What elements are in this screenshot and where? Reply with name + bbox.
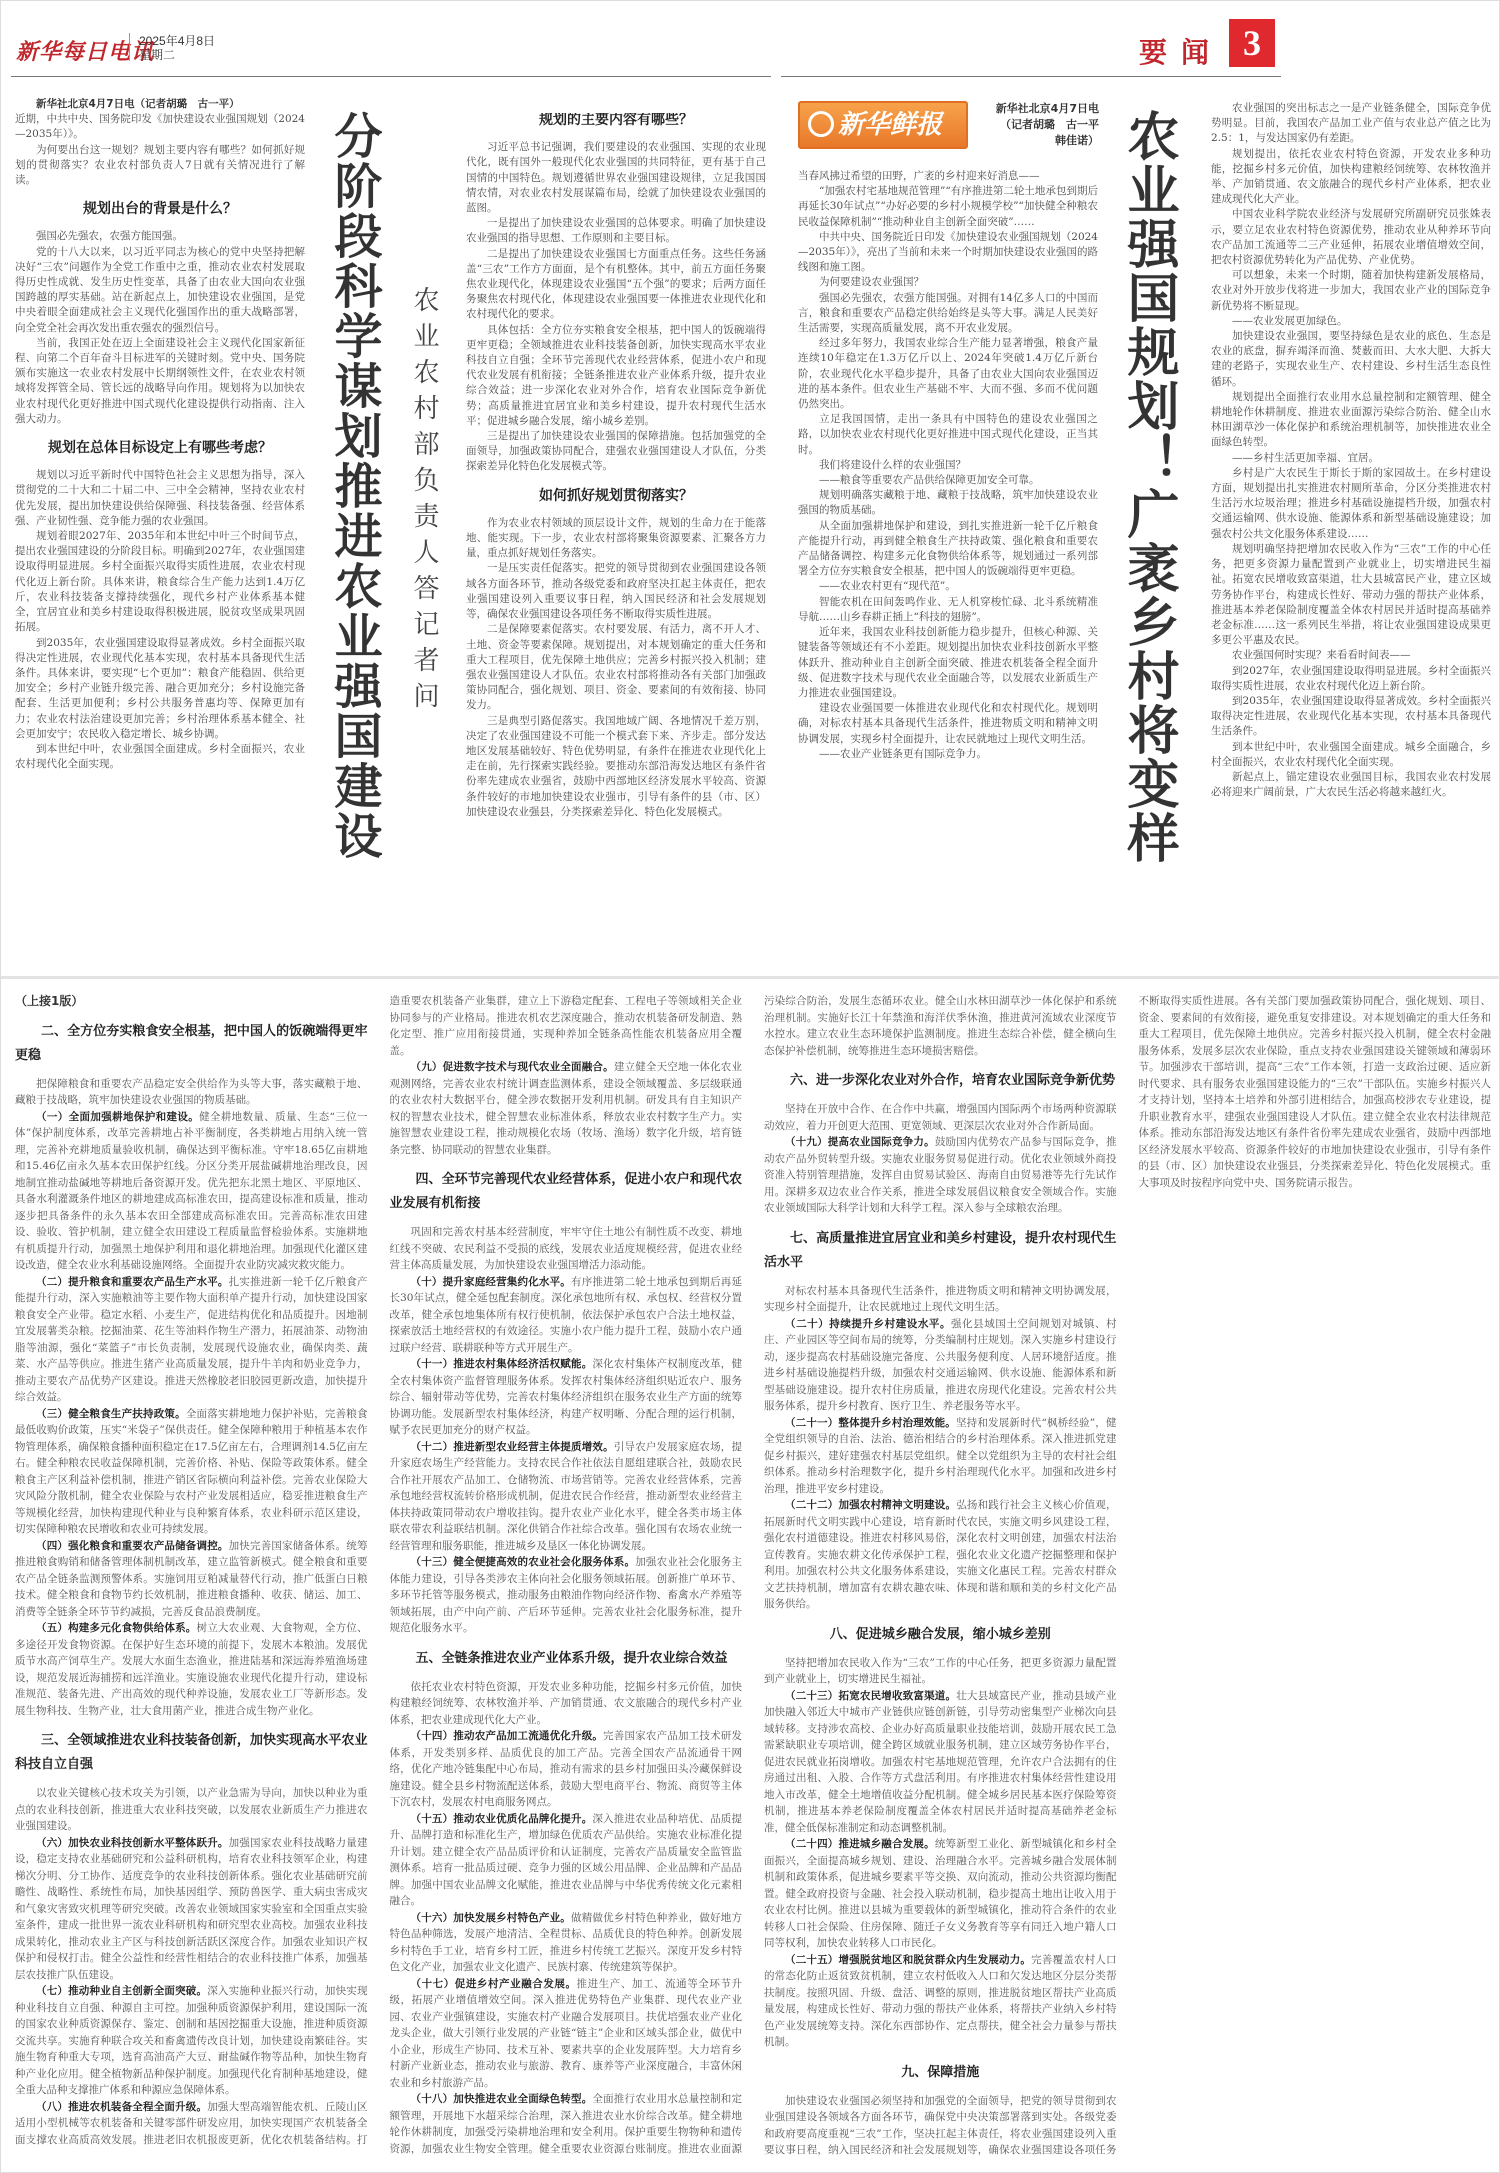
paragraph: 立足我国国情，走出一条具有中国特色的建设农业强国之路，以加快农业农村现代化更好推… bbox=[798, 412, 1098, 458]
plan-body: 二、全方位夯实粮食安全根基，把中国人的饭碗端得更牢更稳把保障粮食和重要农产品稳定… bbox=[15, 993, 1491, 2163]
paragraph: “加强农村宅基地规范管理”“有序推进第二轮土地承包到期后再延长30年试点”“办好… bbox=[798, 184, 1098, 230]
paragraph: 三是提出了加快建设农业强国的保障措施。包括加强党的全面领导，加强政策协同配合，建… bbox=[466, 429, 766, 475]
paragraph: ——农业发展更加绿色。 bbox=[1211, 314, 1491, 329]
plan-item-title: （十四）推动农产品加工流通优化升级。 bbox=[411, 1730, 604, 1742]
newspaper-logo: 新华每日电讯 bbox=[16, 35, 154, 66]
plan-item-title: （十）提升家庭经营集约化水平。 bbox=[411, 1276, 572, 1288]
paragraph: ——农业农村更有“现代范”。 bbox=[798, 579, 1098, 594]
plan-item: （十一）推进农村集体经济活权赋能。深化农村集体产权制度改革，健全农村集体资产监督… bbox=[390, 1356, 743, 1439]
masthead-separator bbox=[129, 33, 130, 61]
plan-item: （十六）加快发展乡村特色产业。做精做优乡村特色种养业，做好地方特色品种筛选，发展… bbox=[390, 1910, 743, 1976]
plan-item: （十四）推动农产品加工流通优化升级。完善国家农产品加工技术研发体系，开发类别多样… bbox=[390, 1728, 743, 1811]
paragraph: 一是压实责任促落实。把党的领导贯彻到农业强国建设各领域各方面各环节，推动各级党委… bbox=[466, 561, 766, 622]
plan-item: （二）提升粮食和重要农产品生产水平。扎实推进新一轮千亿斤粮食产能提升行动，深入实… bbox=[15, 1274, 368, 1406]
plan-section-heading: 七、高质量推进宜居宜业和美乡村建设，提升农村现代生活水平 bbox=[764, 1227, 1117, 1275]
paragraph: 农业强国的突出标志之一是产业链条健全，国际竞争优势明显。目前，我国农产品加工业产… bbox=[1211, 101, 1491, 147]
paragraph: 建设农业强国要一体推进农业现代化和农村现代化。规划明确，对标农村基本具备现代生活… bbox=[798, 701, 1098, 747]
paragraph: 规划以习近平新时代中国特色社会主义思想为指导，深入贯彻党的二十大和二十届二中、三… bbox=[15, 468, 305, 529]
paragraph: 强国必先强农，农强方能国强。 bbox=[15, 229, 305, 244]
paragraph: 为何要建设农业强国？ bbox=[798, 275, 1098, 290]
plan-item-title: （二十一）整体提升乡村治理效能。 bbox=[785, 1417, 956, 1429]
xinhua-fresh-badge: 新华鲜报 bbox=[798, 101, 968, 149]
interview-headline: 分阶段科学谋划推进农业强国建设 bbox=[326, 111, 382, 861]
paragraph: 近年来，我国农业科技创新能力稳步提升，但核心种源、关键装备等领域还有不小差距。规… bbox=[798, 625, 1098, 701]
section-heading: 规划在总体目标设定上有哪些考虑？ bbox=[15, 441, 305, 456]
plan-item: （六）加快农业科技创新水平整体跃升。加强国家农业科技战略力量建设，稳定支持农业基… bbox=[15, 1835, 368, 1984]
plan-item: （十九）提高农业国际竞争力。鼓励国内优势农产品参与国际竞争，推动农产品外贸转型升… bbox=[764, 1134, 1117, 1217]
section-divider bbox=[1, 976, 1500, 979]
plan-item: （二十三）拓宽农民增收致富渠道。壮大县域富民产业，推动县域产业加快融入邻近大中城… bbox=[764, 1688, 1117, 1837]
paragraph: 到本世纪中叶，农业强国全面建成。乡村全面振兴，农业农村现代化全面实现。 bbox=[15, 742, 305, 772]
paragraph: 一是提出了加快建设农业强国的总体要求。明确了加快建设农业强国的指导思想、工作原则… bbox=[466, 216, 766, 246]
fresh-byline: 新华社北京4月7日电（记者胡璐 古一平 韩佳诺） bbox=[979, 101, 1099, 149]
plan-paragraph: 对标农村基本具备现代生活条件，推进物质文明和精神文明协调发展，实现乡村全面提升，… bbox=[764, 1283, 1117, 1316]
paragraph: 当春风拂过希望的田野，广袤的乡村迎来好消息—— bbox=[798, 169, 1098, 184]
plan-item-title: （二）提升粮食和重要农产品生产水平。 bbox=[36, 1276, 229, 1288]
plan-item-title: （八）推进农机装备全程全面升级。 bbox=[36, 2101, 207, 2113]
weekday: 星期二 bbox=[139, 48, 215, 62]
paragraph: 智能农机在田间轰鸣作业、无人机穿梭忙碌、北斗系统精准导航……山乡春耕正插上“科技… bbox=[798, 595, 1098, 625]
plan-item-title: （十八）加快推进农业全面绿色转型。 bbox=[411, 2093, 593, 2105]
paragraph: 经过多年努力，我国农业综合生产能力显著增强，粮食产量连续10年稳定在1.3万亿斤… bbox=[798, 336, 1098, 412]
paragraph: 到2035年，农业强国建设取得显著成效。乡村全面振兴取得决定性进展，农业现代化基… bbox=[15, 636, 305, 742]
plan-item-title: （二十二）加强农村精神文明建设。 bbox=[785, 1499, 956, 1511]
plan-item-title: （十一）推进农村集体经济活权赋能。 bbox=[411, 1358, 593, 1370]
plan-item: （七）推动种业自主创新全面突破。深入实施种业振兴行动，加快实现种业科技自立自强、… bbox=[15, 1983, 368, 2099]
plan-item: （十三）健全便捷高效的农业社会化服务体系。加强农业社会化服务主体能力建设，引导各… bbox=[390, 1554, 743, 1637]
plan-item: （十七）促进乡村产业融合发展。推进生产、加工、流通等全环节升级，拓展产业增值增效… bbox=[390, 1976, 743, 2092]
section-heading: 规划出台的背景是什么？ bbox=[15, 202, 305, 217]
plan-section-heading: 六、进一步深化农业对外合作，培育农业国际竞争新优势 bbox=[764, 1069, 1117, 1093]
paragraph: ——粮食等重要农产品供给保障更加安全可靠。 bbox=[798, 473, 1098, 488]
plan-fulltext: （上接1版） 二、全方位夯实粮食安全根基，把中国人的饭碗端得更牢更稳把保障粮食和… bbox=[15, 993, 1491, 2163]
interview-dateline: 新华社北京4月7日电（记者胡璐 古一平） bbox=[15, 97, 305, 112]
paragraph: ——农业产业链条更有国际竞争力。 bbox=[798, 747, 1098, 762]
paragraph: 规划提出，依托农业农村特色资源，开发农业多种功能，挖掘乡村多元价值，加快构建粮经… bbox=[1211, 147, 1491, 208]
section-heading: 如何抓好规划贯彻落实？ bbox=[466, 489, 766, 504]
paragraph: 具体包括：全方位夯实粮食安全根基，把中国人的饭碗端得更牢更稳；全领域推进农业科技… bbox=[466, 323, 766, 429]
plan-item-title: （二十三）拓宽农民增收致富渠道。 bbox=[785, 1690, 956, 1702]
section-heading: 规划的主要内容有哪些？ bbox=[466, 113, 766, 128]
paragraph: 新起点上，锚定建设农业强国目标，我国农业农村发展必将迎来广阔前景，广大农民生活必… bbox=[1211, 770, 1491, 800]
plan-section-heading: 八、促进城乡融合发展，缩小城乡差别 bbox=[764, 1623, 1117, 1647]
date: 2025年4月8日 bbox=[139, 34, 215, 48]
plan-item-title: （十七）促进乡村产业融合发展。 bbox=[411, 1978, 577, 1990]
plan-item: （四）强化粮食和重要农产品储备调控。加快完善国家储备体系。统筹推进粮食购销和储备… bbox=[15, 1538, 368, 1621]
paragraph: 二是提出了加快建设农业强国七方面重点任务。这些任务涵盖“三农”工作方方面面，是个… bbox=[466, 247, 766, 323]
interview-lead: 近期，中共中央、国务院印发《加快建设农业强国规划（2024—2035年）》。 bbox=[15, 112, 305, 142]
paragraph: 农业强国何时实现？来看看时间表—— bbox=[1211, 648, 1491, 663]
plan-item-title: （七）推动种业自主创新全面突破。 bbox=[36, 1985, 207, 1997]
plan-item: （二十）持续提升乡村建设水平。强化县域国土空间规划对城镇、村庄、产业园区等空间布… bbox=[764, 1316, 1117, 1415]
plan-item: （五）构建多元化食物供给体系。树立大农业观、大食物观，全方位、多途径开发食物资源… bbox=[15, 1620, 368, 1719]
plan-paragraph: 巩固和完善农村基本经营制度，牢牢守住土地公有制性质不改变、耕地红线不突破、农民利… bbox=[390, 1224, 743, 1274]
plan-item: （九）促进数字技术与现代农业全面融合。建立健全天空地一体化农业观测网络，完善农业… bbox=[390, 1059, 743, 1158]
plan-item: （一）全面加强耕地保护和建设。健全耕地数量、质量、生态“三位一体”保护制度体系，… bbox=[15, 1109, 368, 1274]
fresh-headline: 农业强国规划！广袤乡村将变样 bbox=[1119, 109, 1177, 865]
plan-paragraph: 依托农业农村特色资源，开发农业多种功能，挖掘乡村多元价值，加快构建粮经饲统筹、农… bbox=[390, 1679, 743, 1729]
plan-item-title: （十二）推进新型农业经营主体提质增效。 bbox=[411, 1441, 614, 1453]
plan-item-title: （五）构建多元化食物供给体系。 bbox=[36, 1622, 197, 1634]
paragraph: 乡村是广大农民生于斯长于斯的家园故土。在乡村建设方面，规划提出扎实推进农村厕所革… bbox=[1211, 466, 1491, 542]
plan-item: （二十一）整体提升乡村治理效能。坚持和发展新时代“枫桥经验”，健全党组织领导的自… bbox=[764, 1415, 1117, 1498]
plan-item-title: （六）加快农业科技创新水平整体跃升。 bbox=[36, 1837, 229, 1849]
plan-paragraph: 坚持把增加农民收入作为“三农”工作的中心任务，把更多资源力量配置到产业就业上，切… bbox=[764, 1655, 1117, 1688]
plan-section-heading: 四、全环节完善现代农业经营体系，促进小农户和现代农业发展有机衔接 bbox=[390, 1168, 743, 1216]
paragraph: 中共中央、国务院近日印发《加快建设农业强国规划（2024—2035年）》，亮出了… bbox=[798, 230, 1098, 276]
paragraph: 到本世纪中叶，农业强国全面建成。城乡全面融合，乡村全面振兴，农业农村现代化全面实… bbox=[1211, 740, 1491, 770]
paragraph: 中国农业科学院农业经济与发展研究所副研究员张姝表示，要立足农业农村特色资源优势，… bbox=[1211, 207, 1491, 268]
plan-item-title: （二十五）增强脱贫地区和脱贫群众内生发展动力。 bbox=[785, 1954, 1031, 1966]
interview-column-2: 规划的主要内容有哪些？ 习近平总书记强调，我们要建设的农业强国、实现的农业现代化… bbox=[466, 113, 766, 968]
paragraph: 当前，我国正处在迈上全面建设社会主义现代化国家新征程、向第二个百年奋斗目标进军的… bbox=[15, 336, 305, 427]
plan-item-title: （十五）推动农业优质化品牌化提升。 bbox=[411, 1813, 593, 1825]
paragraph: 到2035年，农业强国建设取得显著成效。乡村全面振兴取得决定性进展，农业现代化基… bbox=[1211, 694, 1491, 740]
plan-paragraph: 以农业关键核心技术攻关为引领，以产业急需为导向，加快以种业为重点的农业科技创新，… bbox=[15, 1785, 368, 1835]
plan-section-heading: 二、全方位夯实粮食安全根基，把中国人的饭碗端得更牢更稳 bbox=[15, 1020, 368, 1068]
paragraph: 作为农业农村领域的顶层设计文件，规划的生命力在于能落地、能实现。下一步，农业农村… bbox=[466, 516, 766, 562]
plan-item: （三）健全粮食生产扶持政策。全面落实耕地地力保护补贴，完善粮食最低收购价政策，压… bbox=[15, 1406, 368, 1538]
page-number-badge: 3 bbox=[1229, 19, 1275, 67]
section-name: 要闻 bbox=[1139, 31, 1223, 71]
paragraph: 规划明确坚持把增加农民收入作为“三农”工作的中心任务，把更多资源力量配置到产业就… bbox=[1211, 542, 1491, 648]
magnifier-icon bbox=[808, 111, 834, 137]
plan-item-title: （十六）加快发展乡村特色产业。 bbox=[411, 1912, 572, 1924]
plan-item-title: （二十）持续提升乡村建设水平。 bbox=[785, 1318, 951, 1330]
fresh-column-2: 农业强国的突出标志之一是产业链条健全，国际竞争优势明显。目前，我国农产品加工业产… bbox=[1211, 101, 1491, 971]
interview-column-1: 新华社北京4月7日电（记者胡璐 古一平） 近期，中共中央、国务院印发《加快建设农… bbox=[15, 97, 305, 967]
plan-section-heading: 九、保障措施 bbox=[764, 2061, 1117, 2085]
paragraph: 我们将建设什么样的农业强国？ bbox=[798, 458, 1098, 473]
continued-marker: （上接1版） bbox=[15, 993, 368, 1010]
paragraph: 规划提出全面推行农业用水总量控制和定额管理、健全耕地轮作休耕制度、推进农业面源污… bbox=[1211, 390, 1491, 451]
badge-label: 新华鲜报 bbox=[838, 110, 942, 140]
plan-paragraph: 把保障粮食和重要农产品稳定安全供给作为头等大事，落实藏粮于地、藏粮于技战略，筑牢… bbox=[15, 1076, 368, 1109]
newspaper-page: 新华每日电讯 2025年4月8日 星期二 要闻 3 新华社北京4月7日电（记者胡… bbox=[0, 0, 1500, 2173]
plan-section-heading: 三、全领域推进农业科技装备创新，加快实现高水平农业科技自立自强 bbox=[15, 1729, 368, 1777]
plan-item: （十五）推动农业优质化品牌化提升。深入推进农业品种培优、品质提升、品牌打造和标准… bbox=[390, 1811, 743, 1910]
paragraph: 三是典型引路促落实。我国地域广阔、各地情况千差万别，决定了农业强国建设不可能一个… bbox=[466, 714, 766, 820]
paragraph: 可以想象，未来一个时期，随着加快构建新发展格局，农业对外开放步伐将进一步加大，我… bbox=[1211, 268, 1491, 314]
plan-paragraph: 坚持在开放中合作、在合作中共赢，增强国内国际两个市场两种资源联动效应，着力开创更… bbox=[764, 1101, 1117, 1134]
paragraph: 到2027年，农业强国建设取得明显进展。乡村全面振兴取得实质性进展，农业农村现代… bbox=[1211, 664, 1491, 694]
issue-date: 2025年4月8日 星期二 bbox=[139, 34, 215, 62]
plan-item-title: （十九）提高农业国际竞争力。 bbox=[785, 1136, 935, 1148]
paragraph: 习近平总书记强调，我们要建设的农业强国、实现的农业现代化，既有国外一般现代化农业… bbox=[466, 140, 766, 216]
paragraph: 规划明确落实藏粮于地、藏粮于技战略，筑牢加快建设农业强国的物质基础。 bbox=[798, 488, 1098, 518]
paragraph: 从全面加强耕地保护和建设，到扎实推进新一轮千亿斤粮食产能提升行动，再到健全粮食生… bbox=[798, 519, 1098, 580]
interview-intro: 为何要出台这一规划？规划主要内容有哪些？如何抓好规划的贯彻落实？农业农村部负责人… bbox=[15, 143, 305, 189]
paragraph: 加快建设农业强国，要坚持绿色是农业的底色、生态是农业的底盘，摒弃竭泽而渔、焚薮而… bbox=[1211, 329, 1491, 390]
plan-item: （二十二）加强农村精神文明建设。弘扬和践行社会主义核心价值观，拓展新时代文明实践… bbox=[764, 1497, 1117, 1613]
paragraph: 强国必先强农，农强方能国强。对拥有14亿多人口的中国而言，粮食和重要农产品稳定供… bbox=[798, 291, 1098, 337]
masthead: 新华每日电讯 2025年4月8日 星期二 要闻 3 bbox=[11, 31, 1491, 61]
fresh-column-1: 当春风拂过希望的田野，广袤的乡村迎来好消息—— “加强农村宅基地规范管理”“有序… bbox=[798, 169, 1098, 969]
plan-item-title: （二十四）推进城乡融合发展。 bbox=[785, 1838, 935, 1850]
plan-item-title: （四）强化粮食和重要农产品储备调控。 bbox=[36, 1540, 229, 1552]
paragraph: 党的十八大以来，以习近平同志为核心的党中央坚持把解决好“三农”问题作为全党工作重… bbox=[15, 245, 305, 336]
plan-item-title: （三）健全粮食生产扶持政策。 bbox=[36, 1408, 186, 1420]
plan-item: （十）提升家庭经营集约化水平。有序推进第二轮土地承包到期后再延长30年试点，健全… bbox=[390, 1274, 743, 1357]
plan-item: （二十四）推进城乡融合发展。统筹新型工业化、新型城镇化和乡村全面振兴，全面提高城… bbox=[764, 1836, 1117, 1952]
interview-subheadline: 农业农村部负责人答记者问 bbox=[409, 286, 439, 718]
paragraph: 规划着眼2027年、2035年和本世纪中叶三个时间节点，提出农业强国建设的分阶段… bbox=[15, 529, 305, 635]
paragraph: ——乡村生活更加幸福、宜居。 bbox=[1211, 451, 1491, 466]
plan-section-heading: 五、全链条推进农业产业体系升级，提升农业综合效益 bbox=[390, 1647, 743, 1671]
paragraph: 二是保障要素促落实。农村要发展、有活力，离不开人才、土地、资金等要素保障。规划提… bbox=[466, 622, 766, 713]
masthead-rule-right bbox=[781, 76, 1281, 77]
plan-item-title: （九）促进数字技术与现代农业全面融合。 bbox=[411, 1061, 614, 1073]
plan-item: （二十五）增强脱贫地区和脱贫群众内生发展动力。完善覆盖农村人口的常态化防止返贫致… bbox=[764, 1952, 1117, 2051]
plan-item: （十二）推进新型农业经营主体提质增效。引导农户发展家庭农场，提升家庭农场生产经营… bbox=[390, 1439, 743, 1555]
plan-item-title: （十三）健全便捷高效的农业社会化服务体系。 bbox=[411, 1556, 636, 1568]
plan-item-title: （一）全面加强耕地保护和建设。 bbox=[36, 1111, 199, 1123]
masthead-rule-left bbox=[11, 76, 771, 77]
